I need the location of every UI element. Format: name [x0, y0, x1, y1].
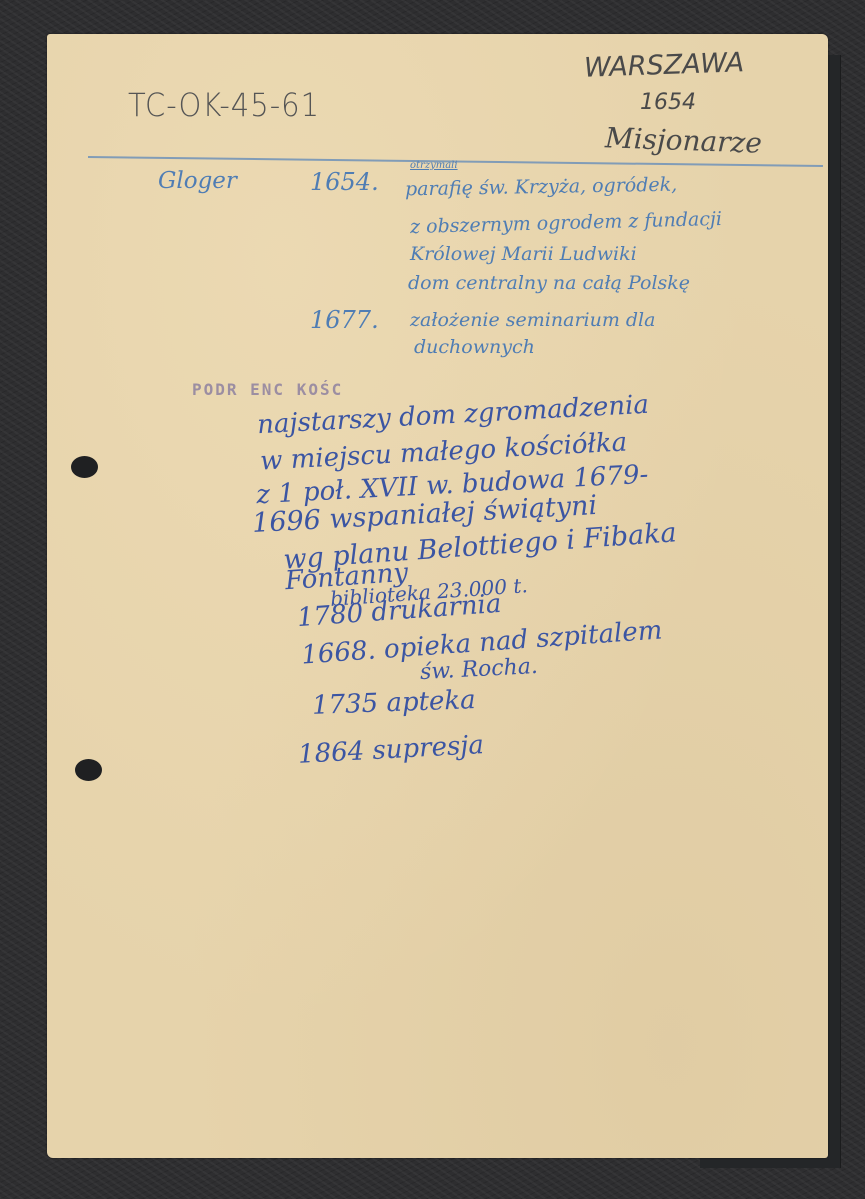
interlinear-note: otrzymali [410, 160, 458, 171]
city-year: 1654 [640, 90, 696, 115]
city-heading: WARSZAWA [584, 47, 745, 84]
call-number: TC-OK-45-61 [128, 86, 320, 123]
entry-line: duchownych [414, 336, 535, 358]
source-author: Gloger [158, 168, 237, 194]
note-line: 1735 apteka [312, 685, 477, 721]
punch-hole [75, 759, 102, 781]
entry-line: Królowej Marii Ludwiki [410, 243, 637, 265]
entry-line: założenie seminarium dla [410, 309, 655, 331]
entry-year: 1654. [310, 168, 379, 196]
religious-order: Misjonarze [604, 121, 762, 159]
punch-hole [71, 456, 98, 478]
entry-line: dom centralny na całą Polskę [408, 272, 690, 294]
rubber-stamp: PODR ENC KOŚC [192, 380, 343, 399]
entry-year: 1677. [310, 306, 379, 334]
